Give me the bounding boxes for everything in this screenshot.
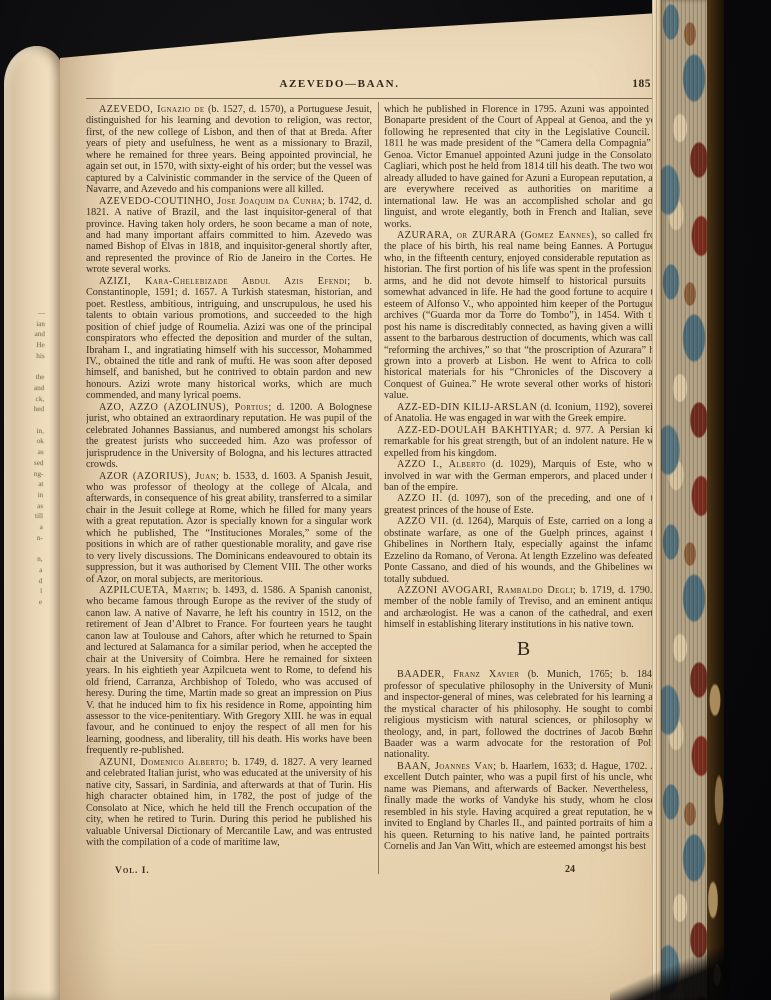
leaf-edge bbox=[652, 0, 661, 1000]
column-left: AZEVEDO, Ignazio de (b. 1527, d. 1570), … bbox=[86, 104, 372, 876]
dictionary-entry: BAAN, Joannes Van; b. Haarlem, 1633; d. … bbox=[384, 761, 663, 853]
dictionary-entry: AZUNI, Domenico Alberto; b. 1749, d. 182… bbox=[86, 757, 372, 849]
entry-headword: B bbox=[517, 638, 530, 660]
entry-body: b. Haarlem, 1633; d. Hague, 1702. An exc… bbox=[384, 761, 663, 852]
entry-body: (b. 1527, d. 1570), a Portuguese Jesuit,… bbox=[86, 104, 372, 195]
entry-body: b. 1533, d. 1603. A Spanish Jesuit, who … bbox=[86, 471, 372, 585]
entry-headword: AZZ-ED-DOULAH BAKHTIYAR; bbox=[397, 425, 558, 436]
entry-body: so called from the place of his birth, h… bbox=[384, 230, 663, 401]
entry-headword: BAADER, Franz Xavier bbox=[397, 669, 519, 680]
dictionary-entry: which he published in Florence in 1795. … bbox=[384, 104, 663, 230]
dictionary-entry: AZZO VII. (d. 1264), Marquis of Este, ca… bbox=[384, 516, 663, 585]
dictionary-entry: AZZO II. (d. 1097), son of the preceding… bbox=[384, 493, 663, 516]
entry-headword: AZPILCUETA, Martin; bbox=[99, 585, 209, 596]
entry-headword: AZZO VII. bbox=[397, 516, 449, 527]
entry-headword: AZEVEDO-COUTINHO, Jose Joaquim da Cunha; bbox=[99, 196, 325, 207]
entry-headword: AZIZI, Kara-Chelebizade Abdul Azis Efend… bbox=[99, 276, 351, 287]
dictionary-entry: AZZO I., Alberto (d. 1029), Marquis of E… bbox=[384, 459, 663, 493]
gutter-text-fragments: — ian and He his the and ck, hed in, ok … bbox=[7, 308, 45, 918]
dictionary-entry: AZZONI AVOGARI, Rambaldo Degli; b. 1719,… bbox=[384, 585, 663, 631]
running-title: AZEVEDO—BAAN. bbox=[86, 78, 593, 90]
cover-board-edge bbox=[707, 0, 724, 1000]
entry-body: b. Constantinople, 1591; d. 1657. A Turk… bbox=[86, 276, 372, 402]
page-number: 185 bbox=[632, 78, 651, 90]
header-rule bbox=[86, 98, 663, 99]
column-divider bbox=[378, 102, 379, 874]
dictionary-entry: AZO, AZZO (AZOLINUS), Portius; d. 1200. … bbox=[86, 402, 372, 471]
dictionary-entry: AZEVEDO-COUTINHO, Jose Joaquim da Cunha;… bbox=[86, 196, 372, 276]
entry-headword: AZZ-ED-DIN KILIJ-ARSLAN bbox=[397, 402, 537, 413]
section-heading: B bbox=[384, 644, 663, 658]
entry-headword: AZEVEDO, Ignazio de bbox=[99, 104, 205, 115]
dictionary-entry: BAADER, Franz Xavier (b. Munich, 1765; b… bbox=[384, 669, 663, 761]
dictionary-entry: AZOR (AZORIUS), Juan; b. 1533, d. 1603. … bbox=[86, 471, 372, 586]
book-page: AZEVEDO—BAAN. 185 AZEVEDO, Ignazio de (b… bbox=[60, 0, 660, 1000]
facing-page-edge: — ian and He his the and ck, hed in, ok … bbox=[4, 46, 64, 1000]
entry-headword: AZUNI, Domenico Alberto; bbox=[99, 757, 228, 768]
entry-headword: AZURARA, or ZURARA (Gomez Eannes), bbox=[397, 230, 598, 241]
footer-volume-label: Vol. I. bbox=[115, 866, 150, 876]
entry-body: b. 1742, d. 1821. A native of Brazil, an… bbox=[86, 196, 372, 276]
dictionary-entry: AZEVEDO, Ignazio de (b. 1527, d. 1570), … bbox=[86, 104, 372, 196]
signature-number: 24 bbox=[565, 864, 575, 875]
entry-headword: AZO, AZZO (AZOLINUS), Portius; bbox=[99, 402, 272, 413]
entry-body: (b. Munich, 1765; b. 1841), professor of… bbox=[384, 669, 663, 760]
dictionary-entry: AZPILCUETA, Martin; b. 1493, d. 1586. A … bbox=[86, 585, 372, 757]
fore-edge-marbling bbox=[661, 0, 707, 1000]
photo-backdrop: { "colors": { "backdrop": "#0a0a0c", "pa… bbox=[0, 0, 771, 1000]
dictionary-entry: AZURARA, or ZURARA (Gomez Eannes), so ca… bbox=[384, 230, 663, 402]
dictionary-entry: AZZ-ED-DOULAH BAKHTIYAR; d. 977. A Persi… bbox=[384, 425, 663, 459]
entry-body: b. 1493, d. 1586. A Spanish canonist, wh… bbox=[86, 585, 372, 756]
entry-headword: AZZO I., Alberto bbox=[397, 459, 486, 470]
entry-body: which he published in Florence in 1795. … bbox=[384, 104, 663, 230]
page-header: AZEVEDO—BAAN. 185 bbox=[86, 78, 663, 94]
entry-headword: AZZO II. bbox=[397, 493, 443, 504]
entry-headword: AZZONI AVOGARI, Rambaldo Degli; bbox=[397, 585, 576, 596]
entry-headword: AZOR (AZORIUS), Juan; bbox=[99, 471, 219, 482]
dictionary-entry: AZIZI, Kara-Chelebizade Abdul Azis Efend… bbox=[86, 276, 372, 402]
dictionary-entry: AZZ-ED-DIN KILIJ-ARSLAN (d. Iconium, 119… bbox=[384, 402, 663, 425]
page-bottom-shadow bbox=[610, 948, 730, 1000]
column-right: which he published in Florence in 1795. … bbox=[384, 104, 663, 876]
entry-headword: BAAN, Joannes Van; bbox=[397, 761, 497, 772]
text-columns: AZEVEDO, Ignazio de (b. 1527, d. 1570), … bbox=[86, 104, 663, 876]
entry-body: b. 1749, d. 1827. A very learned and cel… bbox=[86, 757, 372, 848]
